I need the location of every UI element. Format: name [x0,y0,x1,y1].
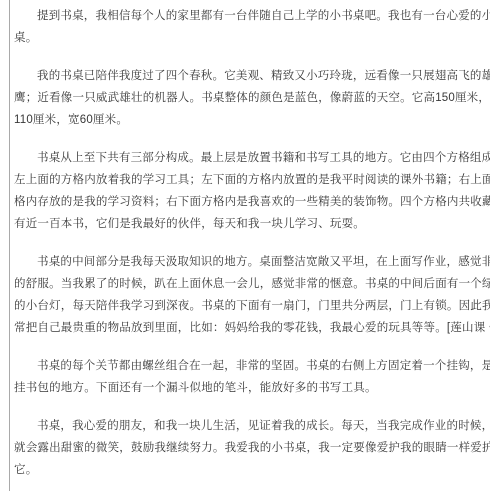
text-line: 格内存放的是我的学习资料；右下面方格内是我喜欢的一些精美的装饰物。四个方格内共收… [14,191,490,213]
text-line: 书桌的每个关节都由螺丝组合在一起，非常的坚固。书桌的右侧上方固定着一个挂钩，是我 [14,355,490,377]
paragraph: 书桌的每个关节都由螺丝组合在一起，非常的坚固。书桌的右侧上方固定着一个挂钩，是我… [14,355,490,399]
text-line: 书桌，我心爱的朋友，和我一块儿生活，见证着我的成长。每天，当我完成作业的时候，它 [14,415,490,437]
left-page-rule [9,0,10,491]
text-line: 我的书桌已陪伴我度过了四个春秋。它美观、精致又小巧玲珑，远看像一只展翅高飞的雄 [14,65,490,87]
text-line: 书桌从上至下共有三部分构成。最上层是放置书籍和书写工具的地方。它由四个方格组成， [14,147,490,169]
paragraph: 书桌的中间部分是我每天汲取知识的地方。桌面整洁宽敞又平坦，在上面写作业，感觉非常… [14,251,490,339]
paragraph: 书桌从上至下共有三部分构成。最上层是放置书籍和书写工具的地方。它由四个方格组成，… [14,147,490,235]
text-line: 鹰；近看像一只威武雄壮的机器人。书桌整体的颜色是蓝色，像蔚蓝的天空。它高150厘… [14,87,490,109]
text-line: 的舒服。当我累了的时候，趴在上面休息一会儿，感觉非常的惬意。书桌的中间后面有一个… [14,273,490,295]
text-line: 就会露出甜蜜的微笑，鼓励我继续努力。我爱我的小书桌，我一定要像爱护我的眼睛一样爱… [14,437,490,459]
paragraph: 我的书桌已陪伴我度过了四个春秋。它美观、精致又小巧玲珑，远看像一只展翅高飞的雄鹰… [14,65,490,131]
text-line: 书桌的中间部分是我每天汲取知识的地方。桌面整洁宽敞又平坦，在上面写作业，感觉非常 [14,251,490,273]
text-line: 挂书包的地方。下面还有一个漏斗似地的笔斗，能放好多的书写工具。 [14,377,490,399]
essay-document: 提到书桌，我相信每个人的家里都有一台伴随自己上学的小书桌吧。我也有一台心爱的小书… [14,5,490,481]
text-line: 110厘米，宽60厘米。 [14,109,490,131]
text-line: 有近一百本书，它们是我最好的伙伴，每天和我一块儿学习、玩耍。 [14,213,490,235]
text-line: 提到书桌，我相信每个人的家里都有一台伴随自己上学的小书桌吧。我也有一台心爱的小书 [14,5,490,27]
paragraph: 书桌，我心爱的朋友，和我一块儿生活，见证着我的成长。每天，当我完成作业的时候，它… [14,415,490,481]
text-line: 它。 [14,459,490,481]
text-line: 左上面的方格内放着我的学习工具；左下面的方格内放置的是我平时阅读的课外书籍；右上… [14,169,490,191]
paragraph: 提到书桌，我相信每个人的家里都有一台伴随自己上学的小书桌吧。我也有一台心爱的小书… [14,5,490,49]
text-line: 桌。 [14,27,490,49]
text-line: 常把自己最贵重的物品放到里面，比如：妈妈给我的零花钱，我最心爱的玩具等等。[莲山… [14,317,490,339]
text-line: 的小台灯，每天陪伴我学习到深夜。书桌的下面有一扇门，门里共分两层，门上有锁。因此… [14,295,490,317]
